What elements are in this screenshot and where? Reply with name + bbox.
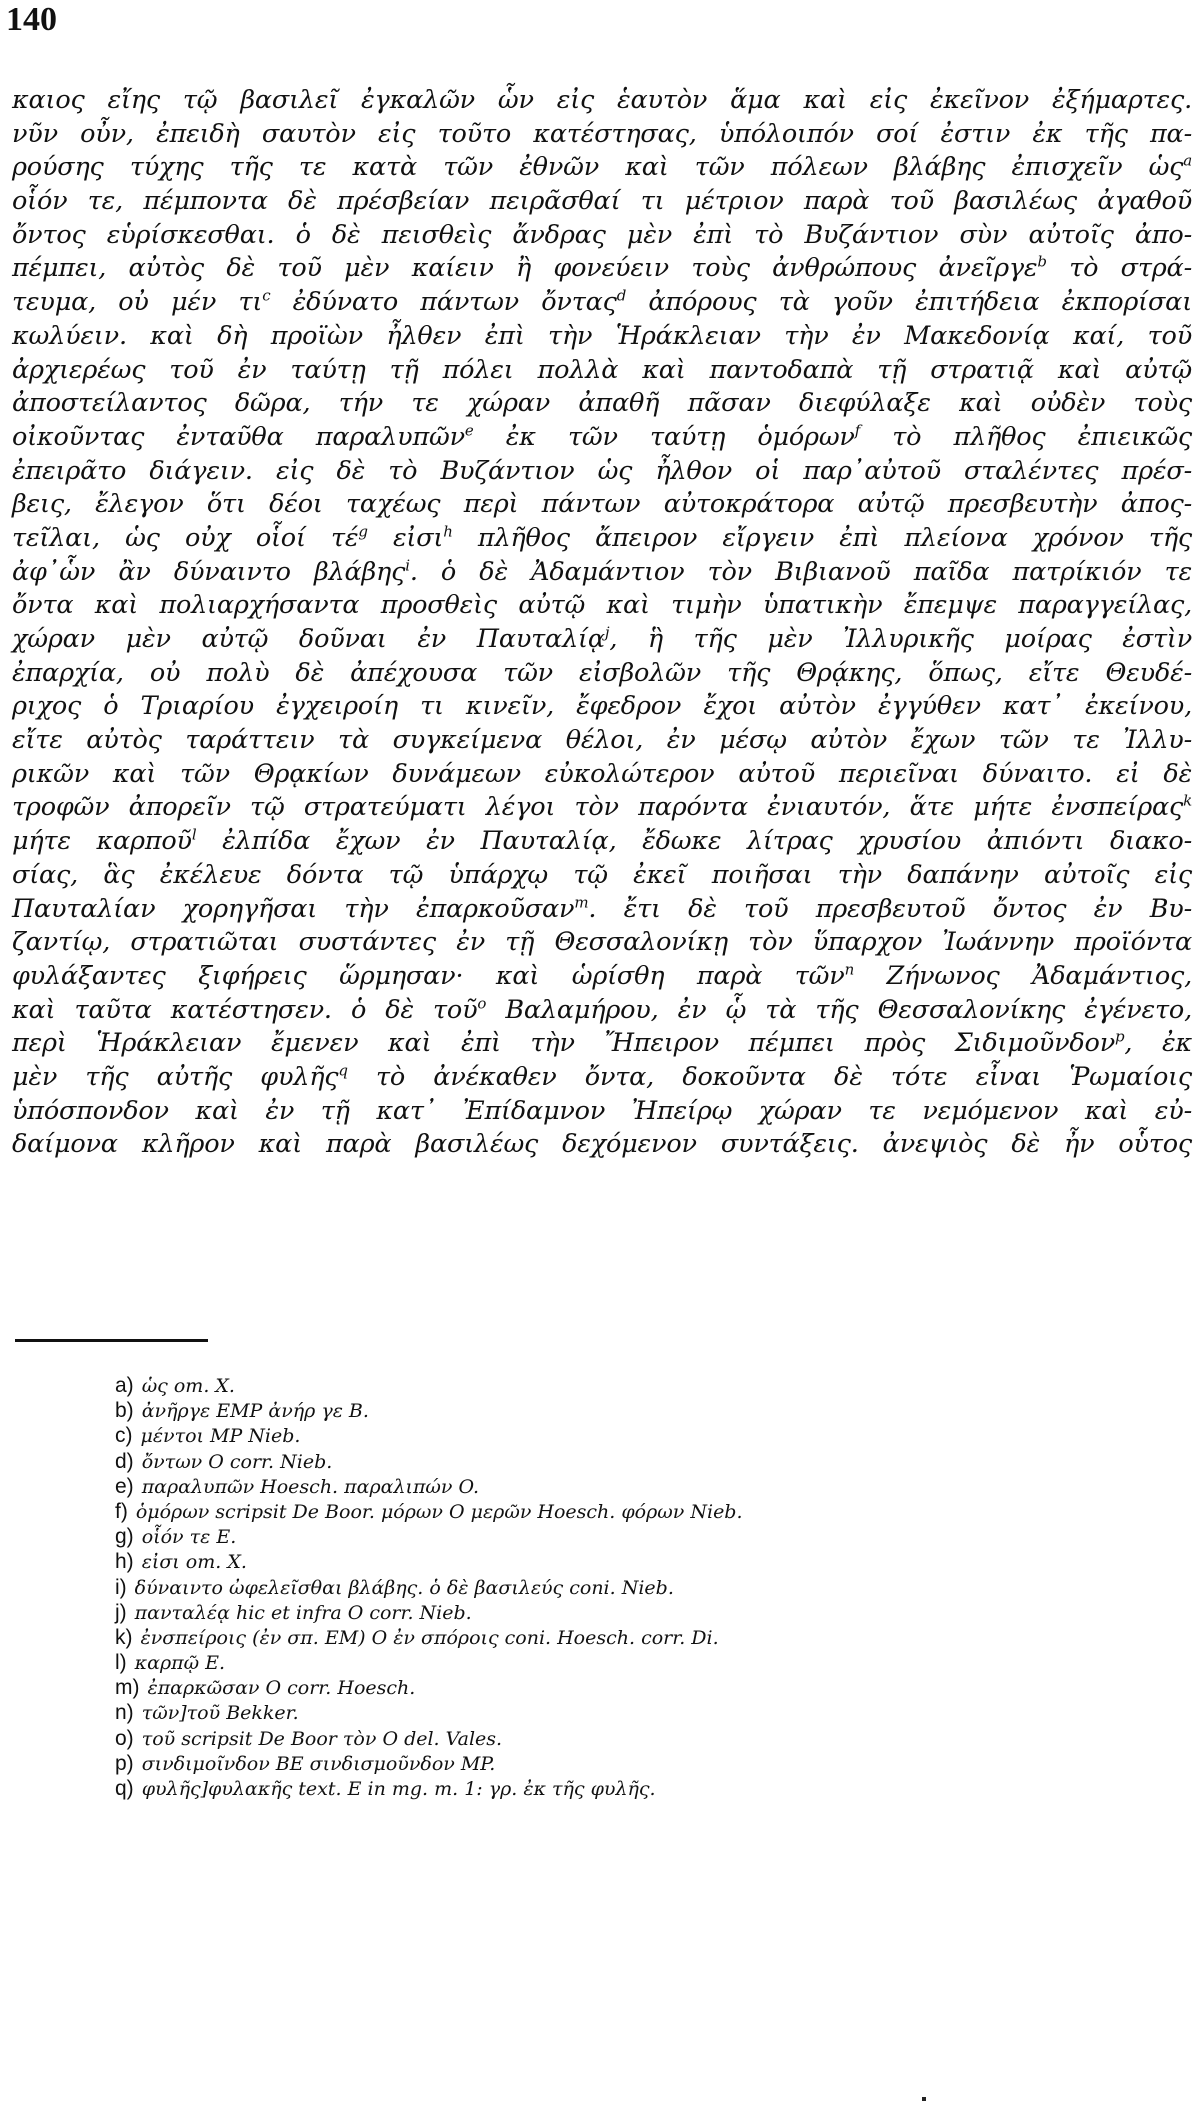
footnote-text: ὡς om. X.: [142, 1375, 235, 1397]
footnote-marker: p: [1115, 1028, 1124, 1046]
footnote-label: b): [115, 1399, 134, 1422]
text-segment: κωλύειν. καὶ δὴ προϊὼν ἦλθεν ἐπὶ τὴν Ἡρά…: [12, 321, 1192, 351]
text-segment: ἐδύνατο πάντων ὄντας: [270, 287, 616, 317]
critical-apparatus-footnotes: a)ὡς om. X.b)ἀνῆργε EMP ἀνήρ γε B.c)μέντ…: [115, 1373, 1115, 1801]
text-line: ζαντίῳ, στρατιῶται συστάντες ἐν τῇ Θεσσα…: [12, 926, 1192, 960]
footnote-item: g)οἷόν τε E.: [115, 1524, 1115, 1549]
text-line: οἰκοῦντας ἐνταῦθα παραλυπῶνe ἐκ τῶν ταύτ…: [12, 421, 1192, 455]
text-segment: Παυταλίαν χορηγῆσαι τὴν ἐπαρκοῦσαν: [12, 894, 574, 924]
footnote-marker: n: [845, 960, 854, 978]
text-segment: ἐπειρᾶτο διάγειν. εἰς δὲ τὸ Βυζάντιον ὡς…: [12, 456, 1192, 486]
footnote-text: οἷόν τε E.: [142, 1526, 237, 1548]
text-segment: Βαλαμήρου, ἐν ᾧ τὰ τῆς Θεσσαλονίκης ἐγέν…: [486, 995, 1192, 1025]
footnote-item: j)πανταλέᾳ hic et infra O corr. Nieb.: [115, 1600, 1115, 1625]
page-number: 140: [6, 0, 57, 40]
text-segment: πλῆθος ἄπειρον εἴργειν ἐπὶ πλείονα χρόνο…: [453, 523, 1192, 553]
text-line: νῦν οὖν, ἐπειδὴ σαυτὸν εἰς τοῦτο κατέστη…: [12, 118, 1192, 152]
text-line: σίας, ἃς ἐκέλευε δόντα τῷ ὑπάρχῳ τῷ ἐκεῖ…: [12, 859, 1192, 893]
text-line: πέμπει, αὐτὸς δὲ τοῦ μὲν καίειν ἢ φονεύε…: [12, 252, 1192, 286]
footnote-label: g): [115, 1525, 134, 1548]
text-segment: οἷόν τε, πέμποντα δὲ πρέσβείαν πειρᾶσθαί…: [12, 186, 1192, 216]
footnote-marker: m: [574, 893, 588, 911]
footnote-item: d)ὄντων O corr. Nieb.: [115, 1449, 1115, 1474]
footnote-text: μέντοι MP Nieb.: [141, 1425, 301, 1447]
text-line: βεις, ἔλεγον ὅτι δέοι ταχέως περὶ πάντων…: [12, 488, 1192, 522]
footnote-item: q)φυλῆς]φυλακῆς text. E in mg. m. 1: γρ.…: [115, 1776, 1115, 1801]
footnote-marker: h: [443, 522, 452, 540]
text-segment: ὑπόσπονδον καὶ ἐν τῇ κατ᾽ Ἐπίδαμνον Ἠπεί…: [12, 1096, 1192, 1126]
text-segment: καὶ ταῦτα κατέστησεν. ὁ δὲ τοῦ: [12, 995, 477, 1025]
footnote-text: σινδιμοῖνδον BE σινδισμοῦνδον MP.: [142, 1753, 496, 1775]
footnote-item: k)ἐνσπείροις (ἐν σπ. EM) O ἐν σπόροις co…: [115, 1625, 1115, 1650]
text-segment: δαίμονα κλῆρον καὶ παρὰ βασιλέως δεχόμεν…: [12, 1129, 1192, 1159]
text-segment: ἐκ τῶν ταύτῃ ὁμόρων: [474, 422, 855, 452]
footnote-label: e): [115, 1475, 134, 1498]
text-segment: Ζήνωνος Ἀδαμάντιος,: [854, 961, 1192, 991]
footnote-label: o): [115, 1727, 134, 1750]
footnote-marker: q: [338, 1061, 347, 1079]
text-segment: ἐπαρχία, οὐ πολὺ δὲ ἀπέχουσα τῶν εἰσβολῶ…: [12, 658, 1192, 688]
text-line: ὄντος εὑρίσκεσθαι. ὁ δὲ πεισθεὶς ἄνδρας …: [12, 219, 1192, 253]
footnote-marker: a: [1183, 152, 1192, 170]
footnote-item: m)ἐπαρκῶσαν O corr. Hoesch.: [115, 1675, 1115, 1700]
text-segment: ἐλπίδα ἔχων ἐν Παυταλίᾳ, ἔδωκε λίτρας χρ…: [196, 826, 1192, 856]
footnote-label: d): [115, 1450, 134, 1473]
text-segment: ἀρχιερέως τοῦ ἐν ταύτῃ τῇ πόλει πολλὰ κα…: [12, 355, 1192, 385]
text-segment: τροφῶν ἀπορεῖν τῷ στρατεύματι λέγοι τὸν …: [12, 792, 1183, 822]
text-line: ρούσης τύχης τῆς τε κατὰ τῶν ἐθνῶν καὶ τ…: [12, 151, 1192, 185]
text-segment: ρούσης τύχης τῆς τε κατὰ τῶν ἐθνῶν καὶ τ…: [12, 152, 1183, 182]
text-segment: ὄντος εὑρίσκεσθαι. ὁ δὲ πεισθεὶς ἄνδρας …: [12, 220, 1192, 250]
text-segment: μήτε καρποῦ: [12, 826, 192, 856]
text-segment: ζαντίῳ, στρατιῶται συστάντες ἐν τῇ Θεσσα…: [12, 927, 1192, 957]
footnote-item: f)ὁμόρων scripsit De Boor. μόρων O μερῶν…: [115, 1499, 1115, 1524]
text-segment: χώραν μὲν αὐτῷ δοῦναι ἐν Παυταλίᾳ: [12, 624, 605, 654]
text-line: ἀρχιερέως τοῦ ἐν ταύτῃ τῇ πόλει πολλὰ κα…: [12, 354, 1192, 388]
text-line: Παυταλίαν χορηγῆσαι τὴν ἐπαρκοῦσανm. ἔτι…: [12, 893, 1192, 927]
footnote-text: παραλυπῶν Hoesch. παραλιπών O.: [142, 1476, 479, 1498]
footnote-marker: d: [617, 287, 626, 305]
text-line: ἀφ᾽ὧν ἂν δύναιντο βλάβηςi. ὁ δὲ Ἀδαμάντι…: [12, 556, 1192, 590]
footnote-item: p)σινδιμοῖνδον BE σινδισμοῦνδον MP.: [115, 1751, 1115, 1776]
text-line: τροφῶν ἀπορεῖν τῷ στρατεύματι λέγοι τὸν …: [12, 791, 1192, 825]
text-segment: τευμα, οὐ μέν τι: [12, 287, 262, 317]
footnote-item: c)μέντοι MP Nieb.: [115, 1423, 1115, 1448]
scan-speck: [922, 2097, 926, 2101]
footnote-text: πανταλέᾳ hic et infra O corr. Nieb.: [135, 1602, 472, 1624]
main-greek-text: καιος εἴης τῷ βασιλεῖ ἐγκαλῶν ὧν εἰς ἑαυ…: [12, 84, 1192, 1162]
footnote-text: ἐνσπείροις (ἐν σπ. EM) O ἐν σπόροις coni…: [141, 1627, 719, 1649]
text-line: καιος εἴης τῷ βασιλεῖ ἐγκαλῶν ὧν εἰς ἑαυ…: [12, 84, 1192, 118]
text-line: κωλύειν. καὶ δὴ προϊὼν ἦλθεν ἐπὶ τὴν Ἡρά…: [12, 320, 1192, 354]
footnote-text: τῶν]τοῦ Bekker.: [142, 1702, 299, 1724]
footnote-label: l): [115, 1651, 127, 1674]
text-segment: σίας, ἃς ἐκέλευε δόντα τῷ ὑπάρχῳ τῷ ἐκεῖ…: [12, 860, 1192, 890]
text-line: ἐπαρχία, οὐ πολὺ δὲ ἀπέχουσα τῶν εἰσβολῶ…: [12, 657, 1192, 691]
text-segment: τὸ πλῆθος ἐπιεικῶς: [860, 422, 1192, 452]
text-line: χώραν μὲν αὐτῷ δοῦναι ἐν Παυταλίᾳj, ἣ τῆ…: [12, 623, 1192, 657]
footnote-text: τοῦ scripsit De Boor τὸν O del. Vales.: [142, 1728, 502, 1750]
footnote-label: m): [115, 1676, 140, 1699]
text-segment: ἀποστείλαντος δῶρα, τήν τε χώραν ἀπαθῆ π…: [12, 388, 1192, 418]
footnote-label: h): [115, 1550, 134, 1573]
footnote-label: n): [115, 1701, 134, 1724]
text-segment: καιος εἴης τῷ βασιλεῖ ἐγκαλῶν ὧν εἰς ἑαυ…: [12, 85, 1192, 115]
text-line: περὶ Ἡράκλειαν ἔμενεν καὶ ἐπὶ τὴν Ἤπειρο…: [12, 1027, 1192, 1061]
text-segment: ἀπόρους τὰ γοῦν ἐπιτήδεια ἐκπορίσαι: [626, 287, 1192, 317]
footnote-text: δύναιντο ὠφελεῖσθαι βλάβης. ὁ δὲ βασιλεύ…: [135, 1577, 674, 1599]
footnote-marker: g: [358, 522, 367, 540]
footnote-item: n)τῶν]τοῦ Bekker.: [115, 1700, 1115, 1725]
text-line: ἐπειρᾶτο διάγειν. εἰς δὲ τὸ Βυζάντιον ὡς…: [12, 455, 1192, 489]
text-segment: φυλάξαντες ξιφήρεις ὥρμησαν· καὶ ὡρίσθη …: [12, 961, 845, 991]
footnote-item: b)ἀνῆργε EMP ἀνήρ γε B.: [115, 1398, 1115, 1423]
text-line: ρικῶν καὶ τῶν Θρᾳκίων δυνάμεων εὐκολώτερ…: [12, 758, 1192, 792]
footnote-label: p): [115, 1752, 134, 1775]
text-line: ριχος ὁ Τριαρίου ἐγχειροίη τι κινεῖν, ἔφ…: [12, 690, 1192, 724]
footnote-text: ὁμόρων scripsit De Boor. μόρων O μερῶν H…: [136, 1501, 743, 1523]
text-segment: τὸ στρά-: [1047, 253, 1192, 283]
text-line: ὑπόσπονδον καὶ ἐν τῇ κατ᾽ Ἐπίδαμνον Ἠπεί…: [12, 1095, 1192, 1129]
footnote-divider: [15, 1339, 208, 1342]
text-segment: τεῖλαι, ὡς οὐχ οἷοί τέ: [12, 523, 358, 553]
text-segment: ρικῶν καὶ τῶν Θρᾳκίων δυνάμεων εὐκολώτερ…: [12, 759, 1192, 789]
text-segment: . ἔτι δὲ τοῦ πρεσβευτοῦ ὄντος ἐν Βυ-: [588, 894, 1192, 924]
footnote-label: q): [115, 1777, 134, 1800]
text-segment: περὶ Ἡράκλειαν ἔμενεν καὶ ἐπὶ τὴν Ἤπειρο…: [12, 1028, 1115, 1058]
footnote-item: a)ὡς om. X.: [115, 1373, 1115, 1398]
footnote-item: e)παραλυπῶν Hoesch. παραλιπών O.: [115, 1474, 1115, 1499]
footnote-marker: e: [465, 421, 474, 439]
text-line: δαίμονα κλῆρον καὶ παρὰ βασιλέως δεχόμεν…: [12, 1128, 1192, 1162]
text-line: καὶ ταῦτα κατέστησεν. ὁ δὲ τοῦo Βαλαμήρο…: [12, 994, 1192, 1028]
text-line: φυλάξαντες ξιφήρεις ὥρμησαν· καὶ ὡρίσθη …: [12, 960, 1192, 994]
footnote-text: φυλῆς]φυλακῆς text. E in mg. m. 1: γρ. ἐ…: [142, 1778, 656, 1800]
footnote-marker: b: [1037, 253, 1046, 271]
text-line: μήτε καρποῦl ἐλπίδα ἔχων ἐν Παυταλίᾳ, ἔδ…: [12, 825, 1192, 859]
text-segment: ὄντα καὶ πολιαρχήσαντα προσθεὶς αὐτῷ καὶ…: [12, 590, 1192, 620]
text-segment: , ἣ τῆς μὲν Ἰλλυρικῆς μοίρας ἐστὶν: [609, 624, 1192, 654]
text-line: εἴτε αὐτὸς ταράττειν τὰ συγκείμενα θέλοι…: [12, 724, 1192, 758]
footnote-label: k): [115, 1626, 133, 1649]
text-segment: . ὁ δὲ Ἀδαμάντιον τὸν Βιβιανοῦ παῖδα πατ…: [410, 557, 1192, 587]
text-segment: μὲν τῆς αὐτῆς φυλῆς: [12, 1062, 338, 1092]
footnote-label: j): [115, 1601, 127, 1624]
footnote-marker: k: [1183, 792, 1192, 810]
text-segment: βεις, ἔλεγον ὅτι δέοι ταχέως περὶ πάντων…: [12, 489, 1192, 519]
text-segment: , ἐκ: [1124, 1028, 1192, 1058]
footnote-marker: o: [477, 994, 486, 1012]
footnote-label: f): [115, 1500, 128, 1523]
footnote-text: ἐπαρκῶσαν O corr. Hoesch.: [148, 1677, 416, 1699]
text-line: τεῖλαι, ὡς οὐχ οἷοί τέg εἰσιh πλῆθος ἄπε…: [12, 522, 1192, 556]
text-segment: ἀφ᾽ὧν ἂν δύναιντο βλάβης: [12, 557, 405, 587]
footnote-item: h)εἰσι om. X.: [115, 1549, 1115, 1574]
text-segment: νῦν οὖν, ἐπειδὴ σαυτὸν εἰς τοῦτο κατέστη…: [12, 119, 1192, 149]
text-segment: εἴτε αὐτὸς ταράττειν τὰ συγκείμενα θέλοι…: [12, 725, 1192, 755]
footnote-text: ὄντων O corr. Nieb.: [142, 1451, 333, 1473]
footnote-text: ἀνῆργε EMP ἀνήρ γε B.: [142, 1400, 369, 1422]
text-line: τευμα, οὐ μέν τιc ἐδύνατο πάντων ὄνταςd …: [12, 286, 1192, 320]
footnote-label: c): [115, 1424, 133, 1447]
footnote-item: l)καρπῷ E.: [115, 1650, 1115, 1675]
footnote-item: o)τοῦ scripsit De Boor τὸν O del. Vales.: [115, 1726, 1115, 1751]
text-segment: ριχος ὁ Τριαρίου ἐγχειροίη τι κινεῖν, ἔφ…: [12, 691, 1192, 721]
text-line: οἷόν τε, πέμποντα δὲ πρέσβείαν πειρᾶσθαί…: [12, 185, 1192, 219]
text-segment: τὸ ἀνέκαθεν ὄντα, δοκοῦντα δὲ τότε εἶναι…: [348, 1062, 1192, 1092]
footnote-label: i): [115, 1576, 127, 1599]
text-line: ἀποστείλαντος δῶρα, τήν τε χώραν ἀπαθῆ π…: [12, 387, 1192, 421]
footnote-item: i)δύναιντο ὠφελεῖσθαι βλάβης. ὁ δὲ βασιλ…: [115, 1575, 1115, 1600]
text-line: ὄντα καὶ πολιαρχήσαντα προσθεὶς αὐτῷ καὶ…: [12, 589, 1192, 623]
text-segment: οἰκοῦντας ἐνταῦθα παραλυπῶν: [12, 422, 465, 452]
footnote-text: καρπῷ E.: [135, 1652, 225, 1674]
text-line: μὲν τῆς αὐτῆς φυλῆςq τὸ ἀνέκαθεν ὄντα, δ…: [12, 1061, 1192, 1095]
text-segment: εἰσι: [368, 523, 443, 553]
footnote-label: a): [115, 1374, 134, 1397]
footnote-text: εἰσι om. X.: [142, 1551, 247, 1573]
text-segment: πέμπει, αὐτὸς δὲ τοῦ μὲν καίειν ἢ φονεύε…: [12, 253, 1037, 283]
